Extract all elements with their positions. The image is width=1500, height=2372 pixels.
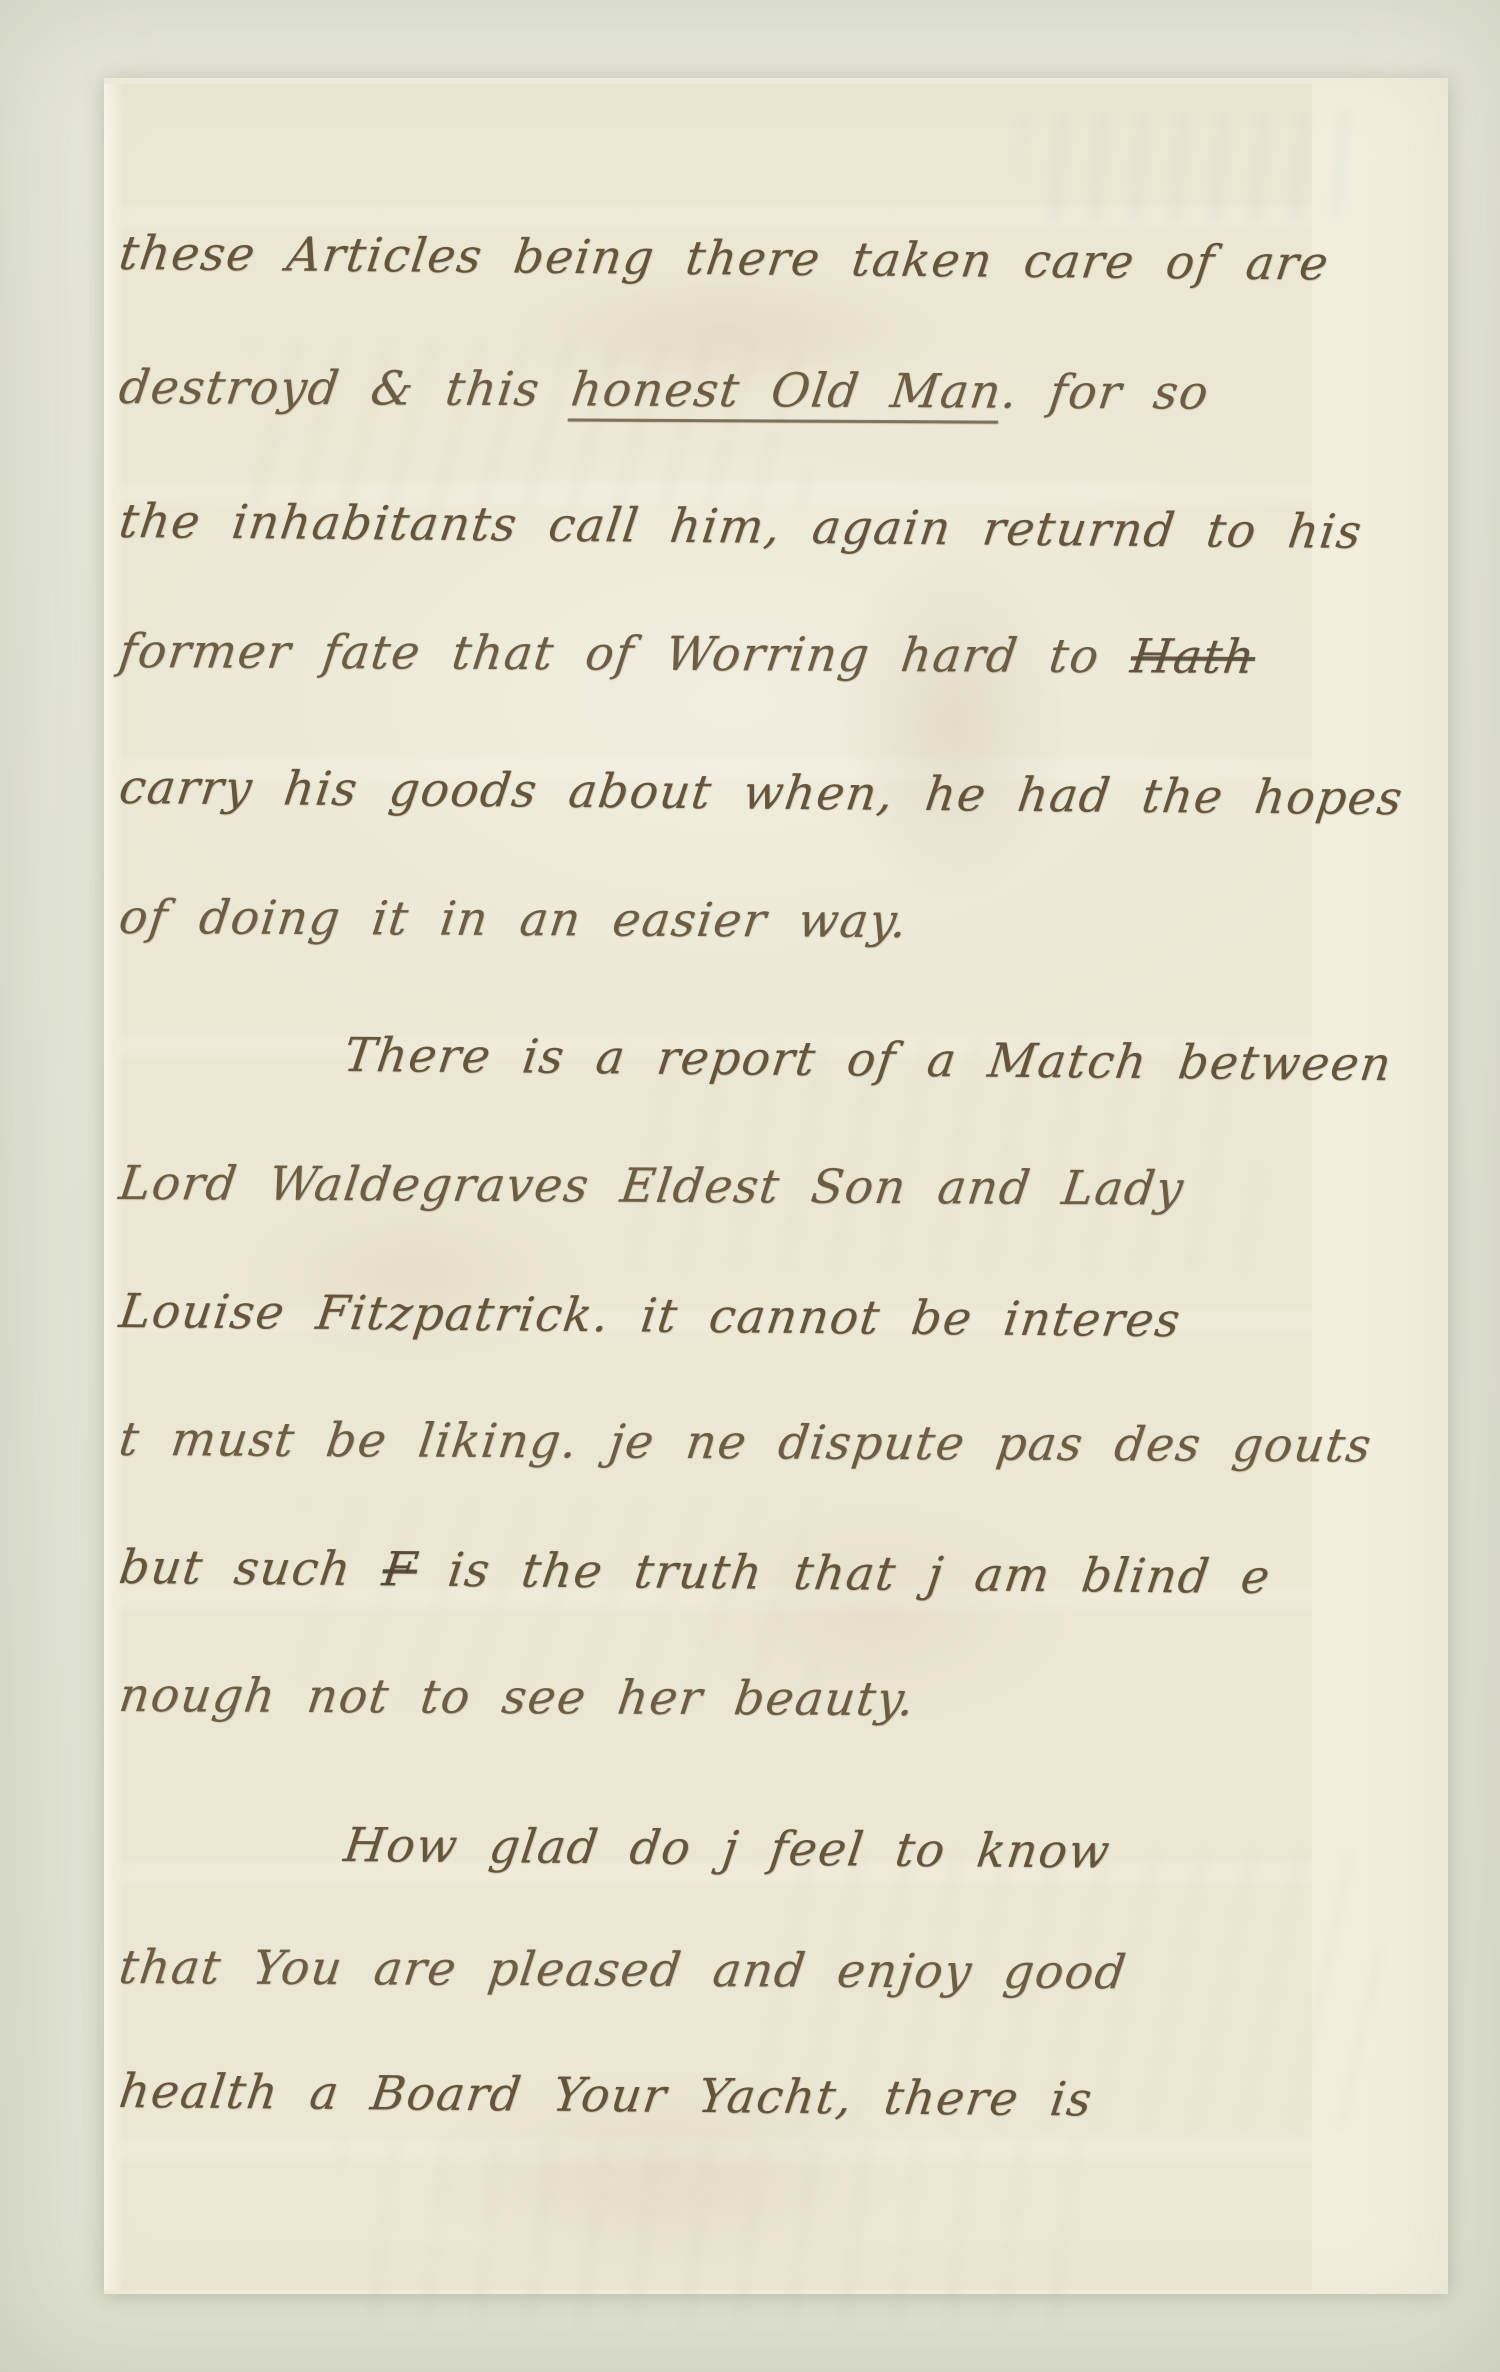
letter-line: former fate that of Worring hard to Hath xyxy=(116,624,1259,685)
letter-line: these Articles being there taken care of… xyxy=(116,226,1333,292)
letter-line: of doing it in an easier way. xyxy=(116,890,911,949)
letter-line: nough not to see her beauty. xyxy=(116,1668,919,1727)
letter-line: the inhabitants call him, again returnd … xyxy=(116,494,1366,560)
letter-line: Lord Waldegraves Eldest Son and Lady xyxy=(116,1156,1188,1217)
letter-text: that You are pleased and enjoy good xyxy=(116,1940,1130,2000)
letter-text: nough not to see her beauty. xyxy=(116,1668,919,1727)
letter-line: health a Board Your Yacht, there is xyxy=(116,2064,1096,2127)
letter-line: How glad do j feel to know xyxy=(116,1816,1114,1880)
letter-text: Louise Fitzpatrick. it cannot be interes xyxy=(116,1284,1184,1348)
underlined-phrase: honest Old Man xyxy=(568,362,1005,419)
letter-text: but such xyxy=(116,1540,387,1597)
letter-line: carry his goods about when, he had the h… xyxy=(116,760,1407,826)
letter-line: that You are pleased and enjoy good xyxy=(116,1940,1130,2000)
letter-text: former fate that of Worring hard to xyxy=(116,624,1135,684)
letter-text: Lord Waldegraves Eldest Son and Lady xyxy=(116,1156,1188,1217)
letter-line: There is a report of a Match between xyxy=(116,1026,1396,1092)
letter-text: carry his goods about when, he had the h… xyxy=(116,760,1407,826)
letter-text: How glad do j feel to know xyxy=(341,1818,1114,1880)
letter-text: t must be liking. je ne dispute pas des … xyxy=(116,1412,1375,1474)
struck-out-word: Hath xyxy=(1128,629,1259,685)
letter-text: is the truth that j am blind e xyxy=(413,1543,1274,1605)
letter-text: the inhabitants call him, again returnd … xyxy=(116,494,1366,560)
letter-text: of doing it in an easier way. xyxy=(116,890,911,949)
letter-text: There is a report of a Match between xyxy=(341,1028,1396,1092)
letter-text: health a Board Your Yacht, there is xyxy=(116,2064,1096,2127)
letter-text: . for so xyxy=(998,365,1212,421)
letter-line: but such F is the truth that j am blind … xyxy=(116,1540,1274,1605)
letter-line: destroyd & this honest Old Man. for so xyxy=(116,360,1213,421)
letter-text: destroyd & this xyxy=(116,360,575,417)
letter-text: these Articles being there taken care of… xyxy=(116,226,1333,292)
scan-background: these Articles being there taken care of… xyxy=(0,0,1500,2372)
letter-line: t must be liking. je ne dispute pas des … xyxy=(116,1412,1375,1474)
letter-body: these Articles being there taken care of… xyxy=(0,0,1500,2372)
letter-line: Louise Fitzpatrick. it cannot be interes xyxy=(116,1284,1184,1348)
